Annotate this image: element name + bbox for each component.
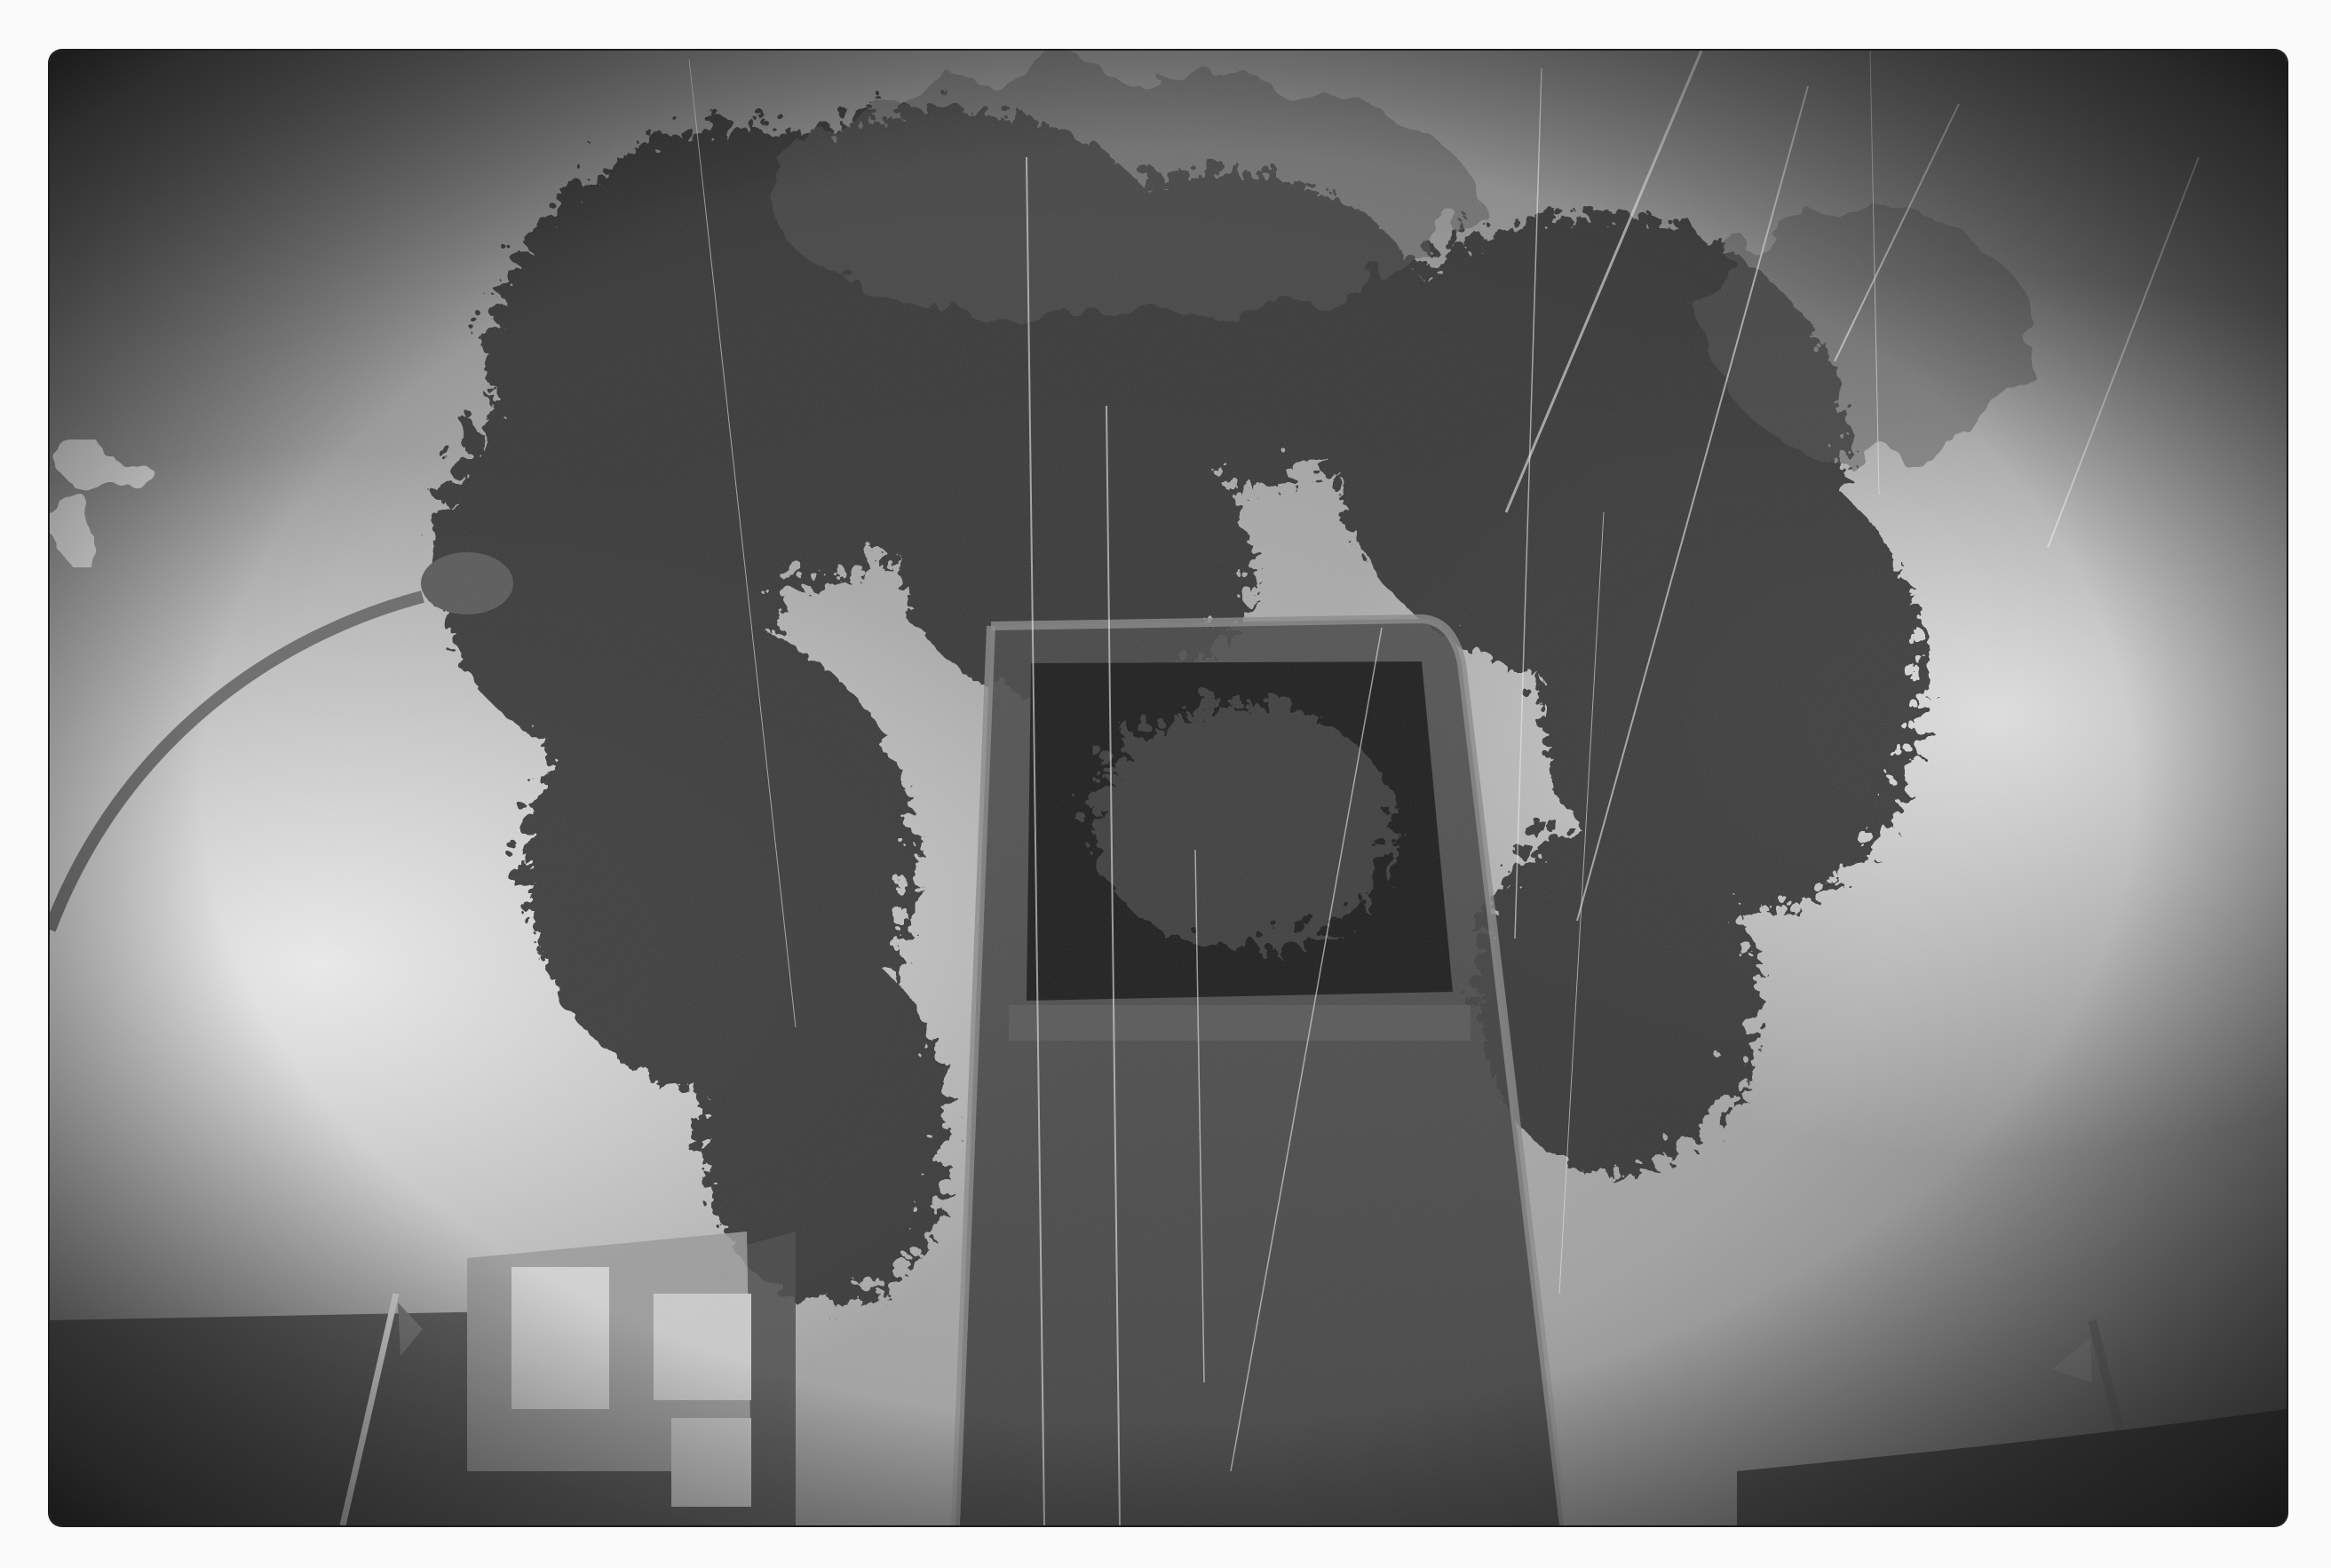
photograph — [50, 51, 2287, 1525]
vignette — [50, 51, 2287, 1525]
photo-canvas — [50, 51, 2287, 1525]
